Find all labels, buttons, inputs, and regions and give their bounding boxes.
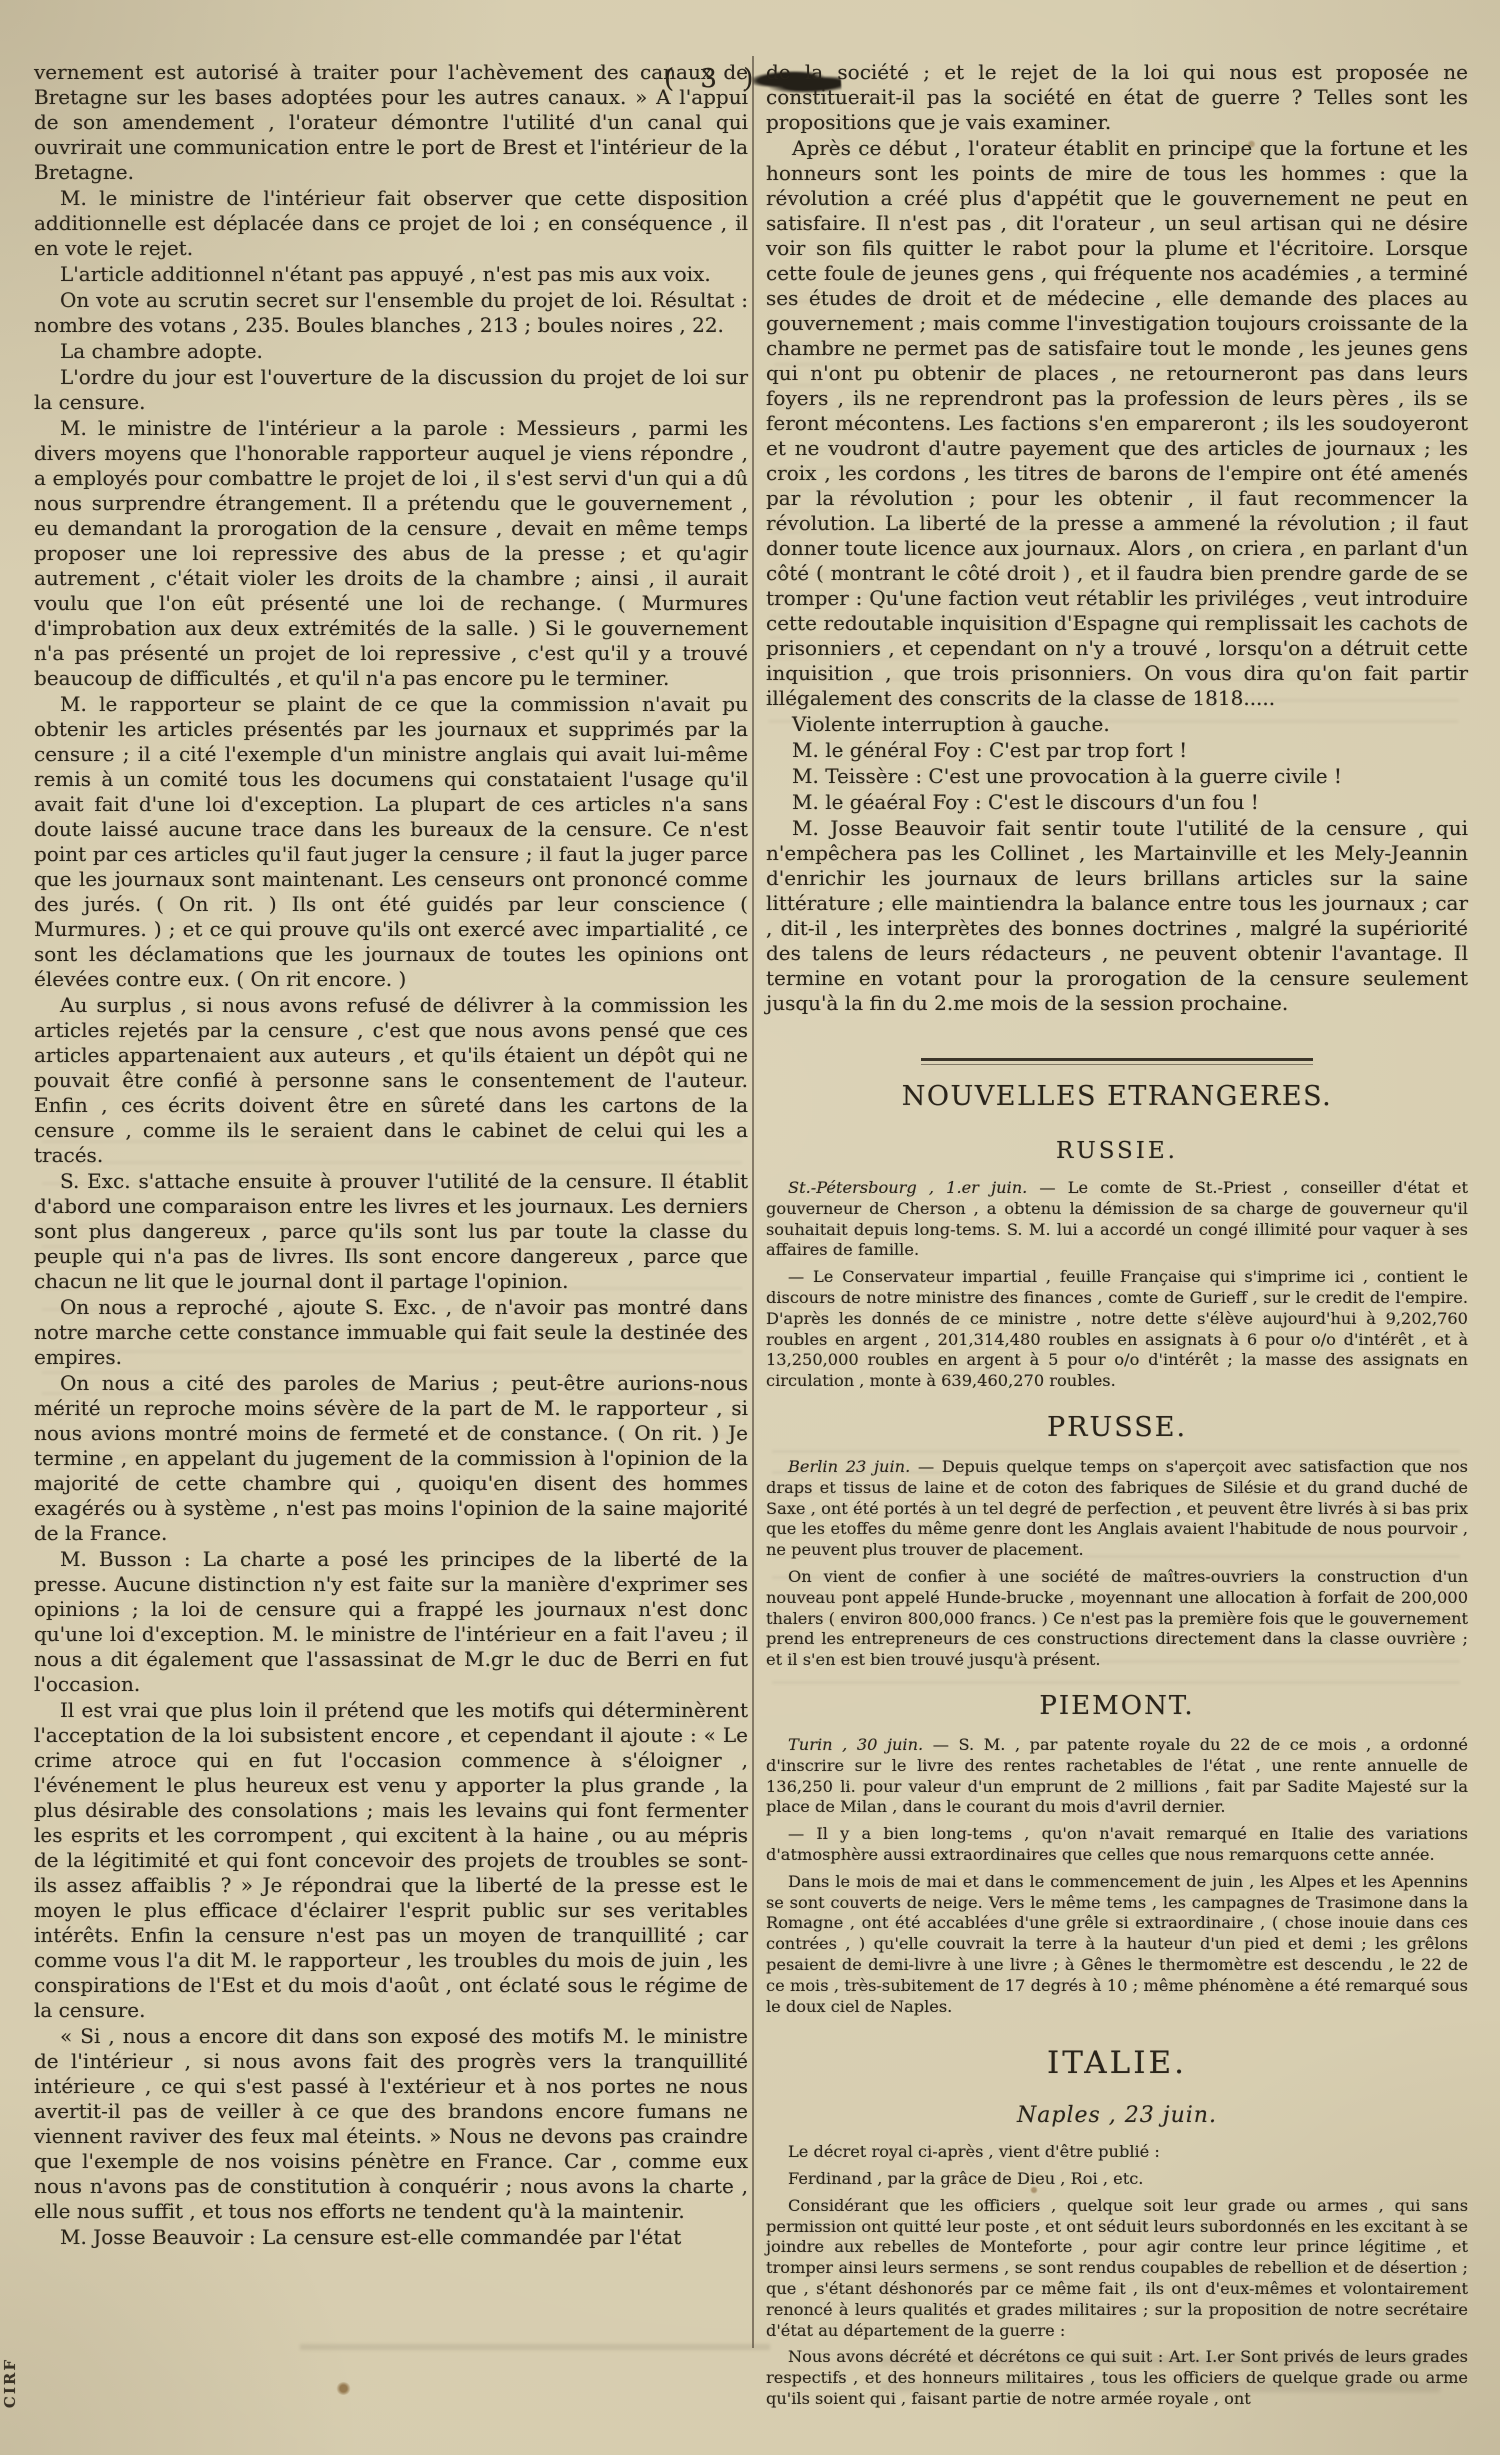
paragraph: La chambre adopte. bbox=[34, 339, 748, 364]
paragraph: M. le ministre de l'intérieur fait obser… bbox=[34, 186, 748, 261]
dialogue-line: M. le général Foy : C'est par trop fort … bbox=[766, 738, 1468, 763]
paragraph: vernement est autorisé à traiter pour l'… bbox=[34, 60, 748, 185]
news-item: Turin , 30 juin. — S. M. , par patente r… bbox=[766, 1735, 1468, 1818]
paragraph: L'ordre du jour est l'ouverture de la di… bbox=[34, 365, 748, 415]
paragraph: M. Josse Beauvoir : La censure est-elle … bbox=[34, 2225, 748, 2250]
news-item: Le décret royal ci-après , vient d'être … bbox=[766, 2142, 1468, 2163]
dialogue-line: M. le géaéral Foy : C'est le discours d'… bbox=[766, 790, 1468, 815]
paragraph: S. Exc. s'attache ensuite à prouver l'ut… bbox=[34, 1169, 748, 1294]
dateline: St.-Pétersbourg , 1.er juin. bbox=[788, 1178, 1027, 1197]
foreign-news-heading: NOUVELLES ETRANGERES. bbox=[766, 1081, 1468, 1112]
dialogue-line: M. Teissère : C'est une provocation à la… bbox=[766, 764, 1468, 789]
paragraph: On nous a reproché , ajoute S. Exc. , de… bbox=[34, 1295, 748, 1370]
news-item: — Il y a bien long-tems , qu'on n'avait … bbox=[766, 1824, 1468, 1866]
paragraph: Au surplus , si nous avons refusé de dél… bbox=[34, 993, 748, 1168]
section-divider bbox=[921, 1058, 1313, 1065]
paragraph: « Si , nous a encore dit dans son exposé… bbox=[34, 2024, 748, 2224]
edge-mark: CIRF bbox=[1, 2358, 19, 2408]
paragraph: On nous a cité des paroles de Marius ; p… bbox=[34, 1371, 748, 1546]
right-column: de la société ; et le rejet de la loi qu… bbox=[766, 60, 1468, 2416]
news-item: Dans le mois de mai et dans le commencem… bbox=[766, 1872, 1468, 2018]
bleedthrough-ghost bbox=[300, 2344, 770, 2350]
paragraph: M. le rapporteur se plaint de ce que la … bbox=[34, 692, 748, 992]
news-item: Considérant que les officiers , quelque … bbox=[766, 2196, 1468, 2342]
paragraph: Il est vrai que plus loin il prétend que… bbox=[34, 1698, 748, 2023]
news-item: On vient de confier à une société de maî… bbox=[766, 1567, 1468, 1671]
dateline: Berlin 23 juin. bbox=[788, 1457, 910, 1476]
paragraph: M. Josse Beauvoir fait sentir toute l'ut… bbox=[766, 816, 1468, 1016]
foreign-news-body: RUSSIE. St.-Pétersbourg , 1.er juin. — L… bbox=[766, 1138, 1468, 2410]
section-heading-piemont: PIEMONT. bbox=[766, 1691, 1468, 1721]
news-item: St.-Pétersbourg , 1.er juin. — Le comte … bbox=[766, 1178, 1468, 1261]
dateline-naples: Naples , 23 juin. bbox=[766, 2103, 1468, 2128]
paragraph: L'article additionnel n'étant pas appuyé… bbox=[34, 262, 748, 287]
paper-stain bbox=[336, 2382, 351, 2395]
section-heading-russie: RUSSIE. bbox=[766, 1138, 1468, 1164]
paragraph: On vote au scrutin secret sur l'ensemble… bbox=[34, 288, 748, 338]
paragraph: de la société ; et le rejet de la loi qu… bbox=[766, 60, 1468, 135]
section-heading-italie: ITALIE. bbox=[766, 2045, 1468, 2081]
column-divider-rule bbox=[752, 56, 754, 2348]
news-item: — Le Conservateur impartial , feuille Fr… bbox=[766, 1267, 1468, 1392]
paragraph: Après ce début , l'orateur établit en pr… bbox=[766, 136, 1468, 711]
newspaper-page: ( 3 ) CIRF vernement est autorisé à trai… bbox=[0, 0, 1500, 2455]
news-item: Berlin 23 juin. — Depuis quelque temps o… bbox=[766, 1457, 1468, 1561]
news-item: Ferdinand , par la grâce de Dieu , Roi ,… bbox=[766, 2169, 1468, 2190]
paragraph: Violente interruption à gauche. bbox=[766, 712, 1468, 737]
news-item: Nous avons décrété et décrétons ce qui s… bbox=[766, 2347, 1468, 2409]
left-column: vernement est autorisé à traiter pour l'… bbox=[34, 60, 748, 2251]
paragraph: M. le ministre de l'intérieur a la parol… bbox=[34, 416, 748, 691]
section-heading-prusse: PRUSSE. bbox=[766, 1412, 1468, 1443]
paragraph: M. Busson : La charte a posé les princip… bbox=[34, 1547, 748, 1697]
dateline: Turin , 30 juin. bbox=[788, 1735, 923, 1754]
